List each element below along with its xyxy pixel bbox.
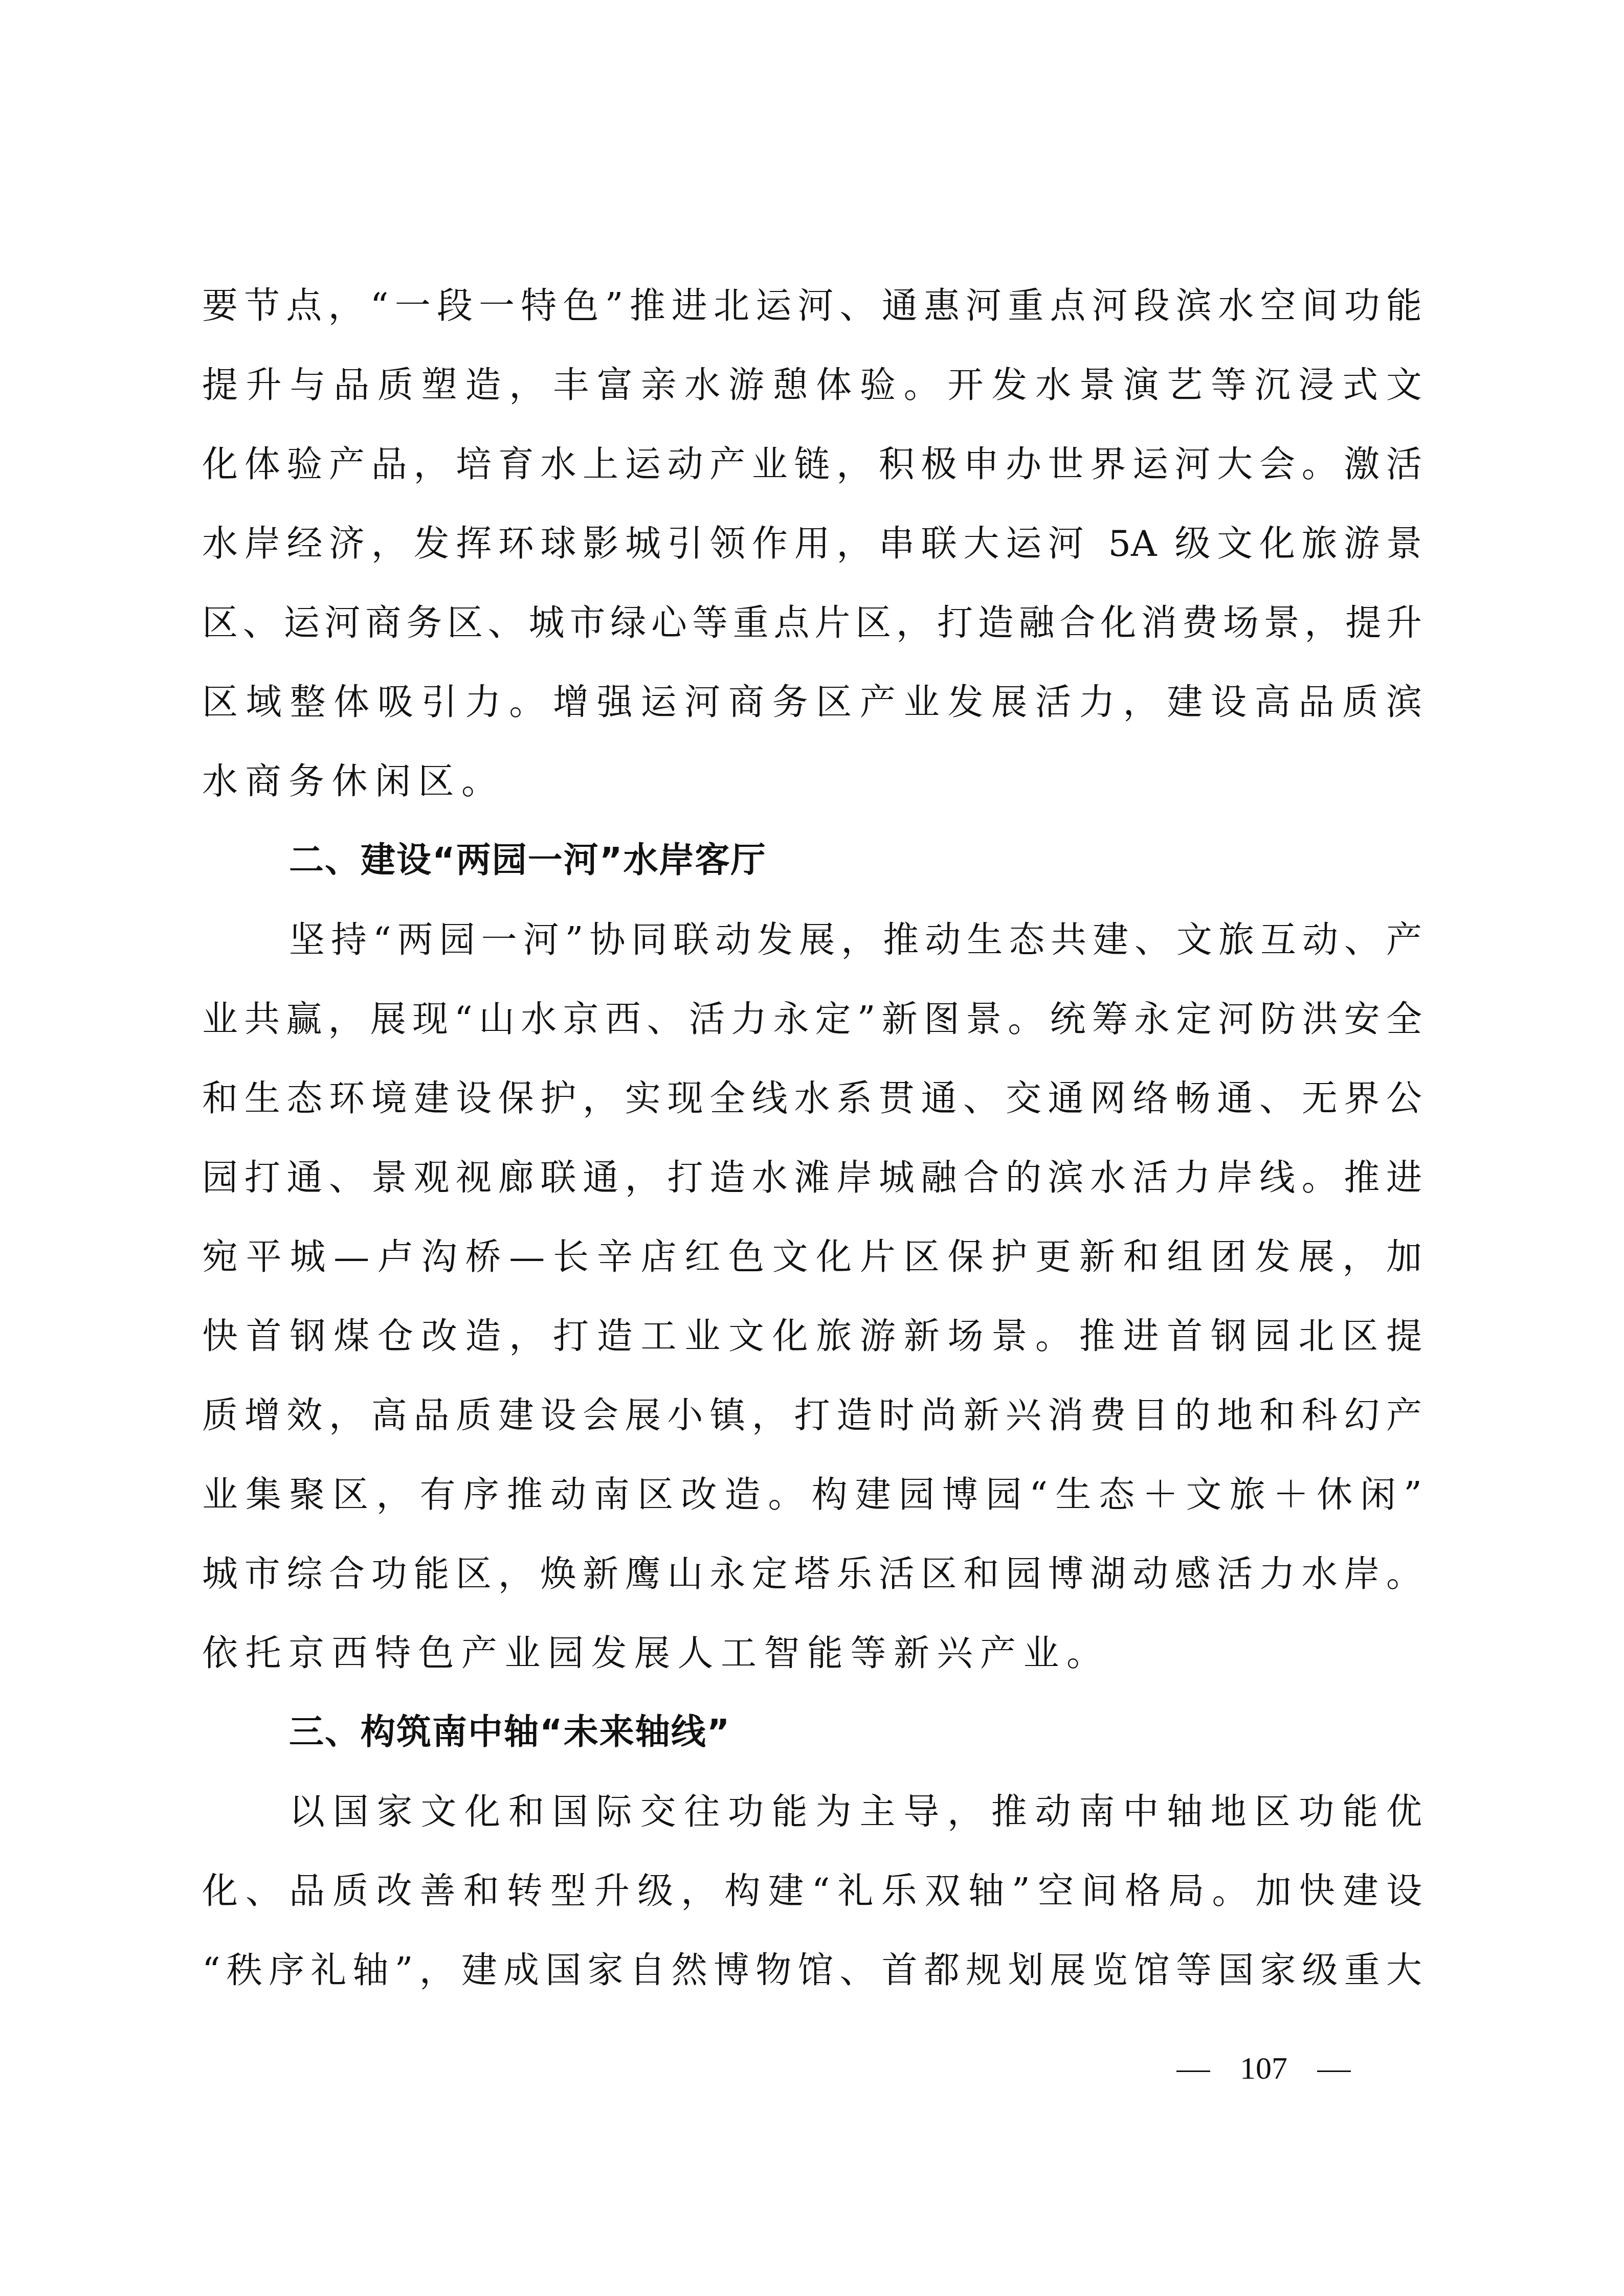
body-text-line: 区域整体吸引力。增强运河商务区产业发展活力，建设高品质滨 <box>202 677 1422 728</box>
page-number: 107 <box>1240 2043 1287 2094</box>
body-text-line: 要节点，“一段一特色”推进北运河、通惠河重点河段滨水空间功能 <box>202 280 1422 331</box>
body-text-line: 区、运河商务区、城市绿心等重点片区，打造融合化消费场景，提升 <box>202 597 1422 648</box>
body-text-line: 坚持“两园一河”协同联动发展，推动生态共建、文旅互动、产 <box>289 914 1422 965</box>
body-text-line: 园打通、景观视廊联通，打造水滩岸城融合的滨水活力岸线。推进 <box>202 1152 1422 1203</box>
body-text-line: 城市综合功能区，焕新鹰山永定塔乐活区和园博湖动感活力水岸。 <box>202 1548 1422 1600</box>
body-text-line: 水岸经济，发挥环球影城引领作用，串联大运河 5A 级文化旅游景 <box>202 518 1422 569</box>
body-text-line: 宛平城—卢沟桥—长辛店红色文化片区保护更新和组团发展，加 <box>202 1231 1422 1282</box>
body-text-line: 化体验产品，培育水上运动产业链，积极申办世界运河大会。激活 <box>202 439 1422 490</box>
body-text-line: 业集聚区，有序推动南区改造。构建园博园“生态＋文旅＋休闲” <box>202 1469 1422 1520</box>
right-dash-decoration <box>1317 2070 1351 2072</box>
body-text-line: 快首钢煤仓改造，打造工业文化旅游新场景。推进首钢园北区提 <box>202 1311 1422 1362</box>
page-number-footer: 107 <box>1176 2043 1351 2094</box>
body-text-line: “秩序礼轴”，建成国家自然博物馆、首都规划展览馆等国家级重大 <box>202 1945 1422 1996</box>
section-heading: 三、构筑南中轴“未来轴线” <box>289 1707 730 1758</box>
section-heading: 二、建设“两园一河”水岸客厅 <box>289 835 766 886</box>
body-text-line: 以国家文化和国际交往功能为主导，推动南中轴地区功能优 <box>289 1786 1422 1837</box>
left-dash-decoration <box>1176 2070 1210 2072</box>
body-text-line: 和生态环境建设保护，实现全线水系贯通、交通网络畅通、无界公 <box>202 1073 1422 1124</box>
body-text-line: 提升与品质塑造，丰富亲水游憩体验。开发水景演艺等沉浸式文 <box>202 359 1422 411</box>
body-text-line: 依托京西特色产业园发展人工智能等新兴产业。 <box>202 1628 1110 1679</box>
body-text-line: 质增效，高品质建设会展小镇，打造时尚新兴消费目的地和科幻产 <box>202 1390 1422 1441</box>
body-text-line: 水商务休闲区。 <box>202 756 505 807</box>
body-text-line: 业共赢，展现“山水京西、活力永定”新图景。统筹永定河防洪安全 <box>202 994 1422 1045</box>
body-text-line: 化、品质改善和转型升级，构建“礼乐双轴”空间格局。加快建设 <box>202 1865 1422 1917</box>
